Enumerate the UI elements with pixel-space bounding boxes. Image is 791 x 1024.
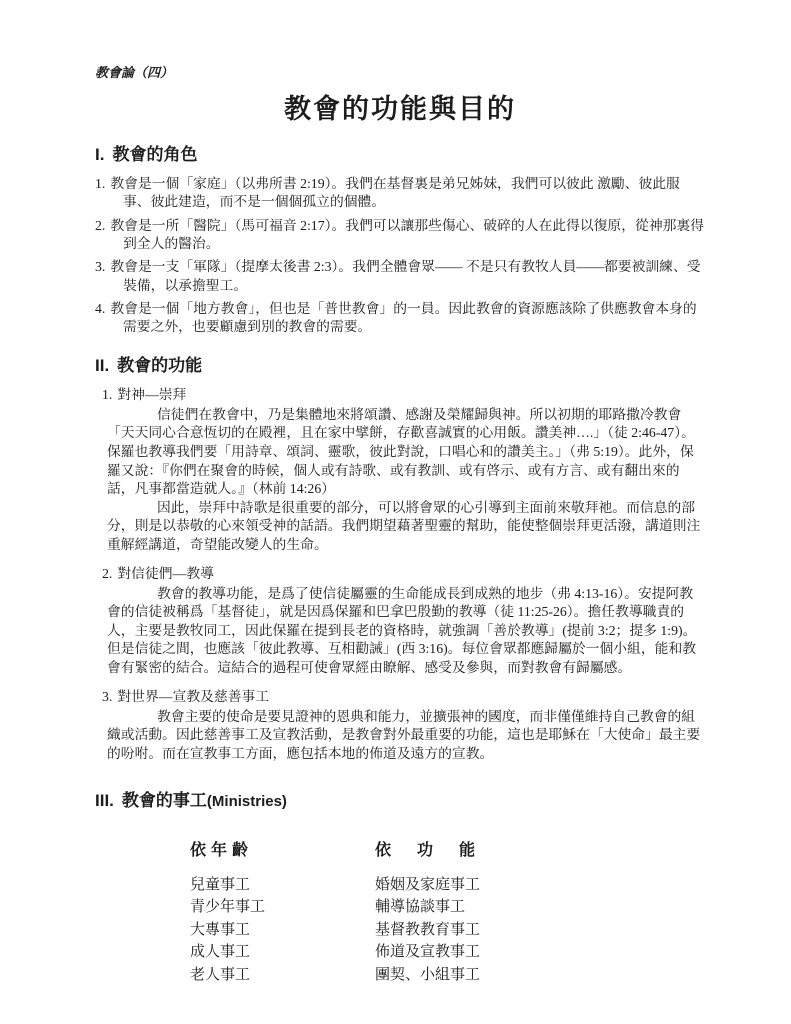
section-numeral: III. bbox=[95, 791, 114, 810]
paragraph: 教會主要的使命是要見證神的恩典和能力，並擴張神的國度，而非僅僅維持自己教會的組織… bbox=[107, 708, 705, 764]
list-item: 2.教會是一所「醫院」（馬可福音 2:17）。我們可以讓那些傷心、破碎的人在此得… bbox=[123, 217, 705, 254]
subitem-title-row: 2.對信徒們—教導 bbox=[102, 565, 705, 583]
section-ministries: III.教會的事工(Ministries) 依年齡 依 功 能 兒童事工 婚姻及… bbox=[95, 786, 705, 987]
section-heading-english: (Ministries) bbox=[207, 793, 287, 810]
table-row: 成人事工 佈道及宣教事工 bbox=[190, 941, 705, 964]
item-number: 3. bbox=[95, 259, 105, 274]
subitem-title-row: 3.對世界—宣教及慈善事工 bbox=[102, 688, 705, 706]
item-number: 1. bbox=[102, 387, 112, 402]
table-row: 兒童事工 婚姻及家庭事工 bbox=[190, 874, 705, 897]
doc-series-note: 教會論（四） bbox=[95, 62, 705, 81]
column-header-by-age: 依年齡 bbox=[190, 837, 375, 860]
subitem-title-row: 1.對神—崇拜 bbox=[102, 386, 705, 404]
subitem-title: 對信徒們—教導 bbox=[117, 566, 214, 581]
table-row: 老人事工 團契、小組事工 bbox=[190, 964, 705, 987]
section-heading-text: 教會的角色 bbox=[112, 145, 197, 164]
paragraph: 信徒們在教會中，乃是集體地來將頌讚、感謝及榮耀歸與神。所以初期的耶路撒冷教會「天… bbox=[107, 406, 705, 499]
paragraph: 教會的教導功能，是爲了使信徒屬靈的生命能成長到成熟的地步（弗 4:13-16）。… bbox=[107, 585, 705, 678]
table-cell-age: 青少年事工 bbox=[190, 896, 375, 919]
table-cell-age: 老人事工 bbox=[190, 964, 375, 987]
item-number: 4. bbox=[95, 301, 105, 316]
list-item: 3.教會是一支「軍隊」（提摩太後書 2:3）。我們全體會眾—— 不是只有教牧人員… bbox=[123, 258, 705, 295]
table-cell-function: 佈道及宣教事工 bbox=[375, 941, 480, 964]
ministries-table: 依年齡 依 功 能 兒童事工 婚姻及家庭事工 青少年事工 輔導協談事工 大專事工… bbox=[190, 837, 705, 987]
table-row: 大專事工 基督教教育事工 bbox=[190, 919, 705, 942]
subitem-title: 對世界—宣教及慈善事工 bbox=[117, 689, 269, 704]
section-heading: III.教會的事工(Ministries) bbox=[95, 786, 705, 811]
table-cell-function: 基督教教育事工 bbox=[375, 919, 480, 942]
section-heading: I.教會的角色 bbox=[95, 140, 705, 165]
table-cell-age: 兒童事工 bbox=[190, 874, 375, 897]
table-cell-function: 團契、小組事工 bbox=[375, 964, 480, 987]
column-header-by-function: 依 功 能 bbox=[375, 837, 480, 860]
paragraph: 因此，崇拜中詩歌是很重要的部分，可以將會眾的心引導到主面前來敬拜祂。而信息的部分… bbox=[107, 499, 705, 555]
section-roles: I.教會的角色 1.教會是一個「家庭」（以弗所書 2:19）。我們在基督裏是弟兄… bbox=[95, 140, 705, 337]
item-text: 教會是一個「家庭」（以弗所書 2:19）。我們在基督裏是弟兄姊妹，我們可以彼此 … bbox=[110, 176, 680, 209]
item-text: 教會是一支「軍隊」（提摩太後書 2:3）。我們全體會眾—— 不是只有教牧人員——… bbox=[110, 259, 700, 292]
section-heading-text: 教會的功能 bbox=[117, 356, 202, 375]
subsection-teaching: 2.對信徒們—教導 教會的教導功能，是爲了使信徒屬靈的生命能成長到成熟的地步（弗… bbox=[95, 565, 705, 678]
subsection-mission: 3.對世界—宣教及慈善事工 教會主要的使命是要見證神的恩典和能力，並擴張神的國度… bbox=[95, 688, 705, 764]
section-numeral: II. bbox=[95, 356, 109, 375]
subitem-title: 對神—崇拜 bbox=[117, 387, 186, 402]
table-cell-function: 婚姻及家庭事工 bbox=[375, 874, 480, 897]
subsection-worship: 1.對神—崇拜 信徒們在教會中，乃是集體地來將頌讚、感謝及榮耀歸與神。所以初期的… bbox=[95, 386, 705, 555]
table-cell-age: 大專事工 bbox=[190, 919, 375, 942]
item-number: 3. bbox=[102, 689, 112, 704]
item-number: 2. bbox=[95, 218, 105, 233]
item-number: 1. bbox=[95, 176, 105, 191]
table-header-row: 依年齡 依 功 能 bbox=[190, 837, 705, 874]
list-item: 1.教會是一個「家庭」（以弗所書 2:19）。我們在基督裏是弟兄姊妹，我們可以彼… bbox=[123, 175, 705, 212]
page-title: 教會的功能與目的 bbox=[95, 87, 705, 126]
section-functions: II.教會的功能 1.對神—崇拜 信徒們在教會中，乃是集體地來將頌讚、感謝及榮耀… bbox=[95, 351, 705, 764]
document-page: 教會論（四） 教會的功能與目的 I.教會的角色 1.教會是一個「家庭」（以弗所書… bbox=[0, 0, 791, 1024]
list-item: 4.教會是一個「地方教會」，但也是「普世教會」的一員。因此教會的資源應該除了供應… bbox=[123, 300, 705, 337]
section-heading-text: 教會的事工 bbox=[122, 791, 207, 810]
table-cell-age: 成人事工 bbox=[190, 941, 375, 964]
section-numeral: I. bbox=[95, 145, 104, 164]
section-heading: II.教會的功能 bbox=[95, 351, 705, 376]
table-row: 青少年事工 輔導協談事工 bbox=[190, 896, 705, 919]
item-text: 教會是一個「地方教會」，但也是「普世教會」的一員。因此教會的資源應該除了供應教會… bbox=[110, 301, 696, 334]
item-text: 教會是一所「醫院」（馬可福音 2:17）。我們可以讓那些傷心、破碎的人在此得以復… bbox=[110, 218, 704, 251]
table-cell-function: 輔導協談事工 bbox=[375, 896, 465, 919]
item-number: 2. bbox=[102, 566, 112, 581]
